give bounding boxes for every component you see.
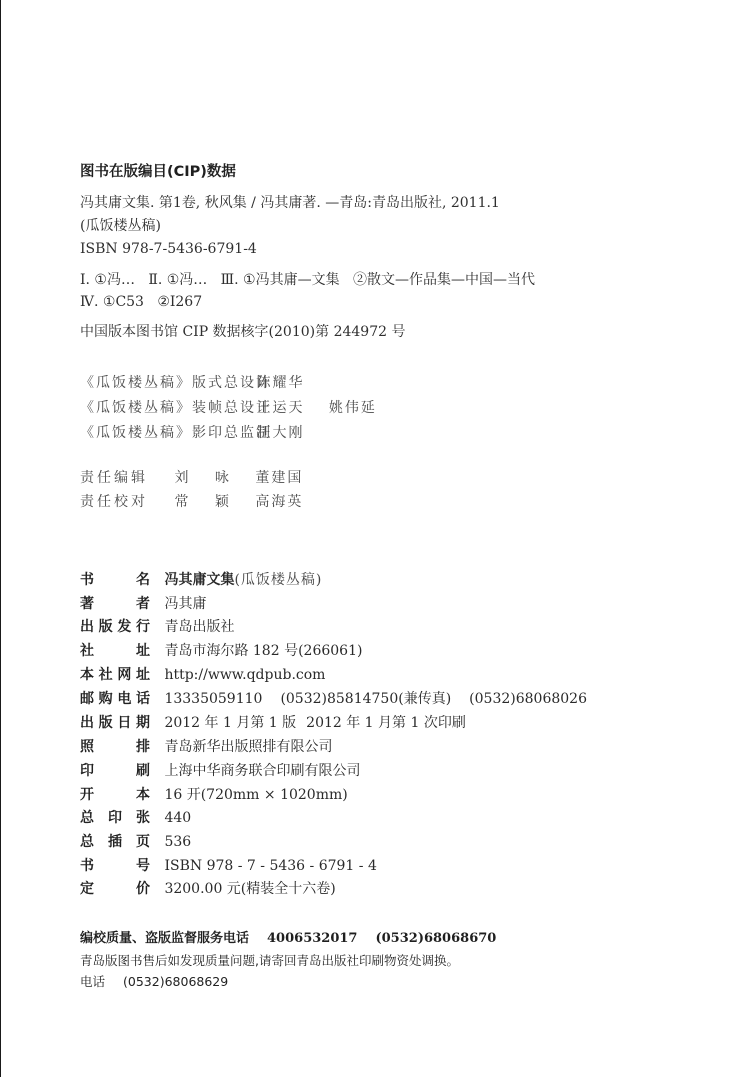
cip-line-record-number: 中国版本图书馆 CIP 数据核字(2010)第 244972 号 [80,323,405,341]
info-row-typesetting: 照排 青岛新华出版照排有限公司 [80,738,332,756]
info-label: 总印张 [80,809,150,827]
info-label: 书名 [80,571,150,589]
info-label: 定价 [80,880,150,898]
staff-name: 高海英 [255,493,303,511]
info-row-plates: 总插页 536 [80,833,191,851]
phone-number: (0532)68068026 [469,691,587,707]
info-label: 邮购电话 [80,690,150,708]
credit-row-layout-design: 《瓜饭楼丛稿》版式总设计 陈耀华 [80,374,322,392]
info-value: 440 [164,809,191,827]
credit-row-binding-design: 《瓜饭楼丛稿》装帧总设计 王运天 姚伟延 [80,399,395,417]
info-row-format: 开本 16 开(720mm × 1020mm) [80,786,348,804]
info-value: 16 开(720mm × 1020mm) [164,786,347,804]
hotline-phone: 4006532017 [267,931,357,946]
after-sales-phone: 电话(0532)68068629 [80,973,228,991]
hotline-phone: (0532)68068670 [375,931,496,946]
hotline-label: 编校质量、盗版监督服务电话 [80,931,249,946]
staff-row-proofreaders: 责任校对 常 颖 高海英 [80,493,321,511]
credit-name: 姚伟延 [329,399,377,417]
info-label: 出版日期 [80,714,150,732]
info-row-mail-order: 邮购电话 13335059110(0532)85814750(兼传真)(0532… [80,690,587,708]
info-row-isbn: 书号 ISBN 978 - 7 - 5436 - 6791 - 4 [80,857,377,875]
printing-run: 2012 年 1 月第 1 次印刷 [306,715,466,731]
staff-name: 常 [174,493,190,511]
phone-number: (0532)85814750(兼传真) [280,691,451,707]
info-label: 本社网址 [80,666,150,684]
info-value: 上海中华商务联合印刷有限公司 [164,762,360,780]
info-value: 13335059110(0532)85814750(兼传真)(0532)6806… [164,690,587,708]
info-value: 青岛市海尔路 182 号(266061) [164,642,362,660]
staff-row-editors: 责任编辑 刘 咏 董建国 [80,469,321,487]
info-row-total-sheets: 总印张 440 [80,809,191,827]
info-row-publisher: 出版发行 青岛出版社 [80,618,234,636]
info-value: 3200.00 元(精装全十六卷) [164,880,335,898]
info-label: 开本 [80,786,150,804]
info-row-printing: 印刷 上海中华商务联合印刷有限公司 [80,762,360,780]
staff-name: 咏 [215,469,231,487]
credit-name: 汪大刚 [256,424,304,442]
phone-number: (0532)68068629 [123,974,228,989]
credit-label: 《瓜饭楼丛稿》版式总设计 [80,374,250,392]
info-row-title: 书名 冯其庸文集(瓜饭楼丛稿) [80,571,322,589]
cip-heading: 图书在版编目(CIP)数据 [80,163,236,181]
cip-line-title: 冯其庸文集. 第1卷, 秋风集 / 冯其庸著. —青岛:青岛出版社, 2011.… [80,194,500,212]
info-label: 印刷 [80,762,150,780]
info-row-author: 著者 冯其庸 [80,595,206,613]
staff-label: 责任校对 [80,493,168,511]
edition: 2012 年 1 月第 1 版 [164,715,296,731]
staff-name: 颖 [215,493,231,511]
credit-name: 王运天 [256,399,304,417]
book-title: 冯其庸文集 [164,572,234,588]
series-name: (瓜饭楼丛稿) [234,572,322,588]
staff-label: 责任编辑 [80,469,168,487]
info-label: 社址 [80,642,150,660]
after-sales-notice: 青岛版图书售后如发现质量问题,请寄回青岛出版社印刷物资处调换。 [80,952,459,970]
quality-hotline: 编校质量、盗版监督服务电话4006532017(0532)68068670 [80,930,496,948]
website-link[interactable]: http://www.qdpub.com [164,666,325,684]
info-label: 照排 [80,738,150,756]
cip-line-isbn: ISBN 978-7-5436-6791-4 [80,240,257,258]
cip-line-class-codes: Ⅳ. ①C53 ②I267 [80,293,202,311]
info-label: 总插页 [80,833,150,851]
info-row-price: 定价 3200.00 元(精装全十六卷) [80,880,336,898]
info-value: 冯其庸 [164,595,206,613]
info-row-pub-date: 出版日期 2012 年 1 月第 1 版2012 年 1 月第 1 次印刷 [80,714,466,732]
staff-name: 刘 [174,469,190,487]
info-value: 2012 年 1 月第 1 版2012 年 1 月第 1 次印刷 [164,714,465,732]
info-label: 书号 [80,857,150,875]
credit-row-facsimile-supervisor: 《瓜饭楼丛稿》影印总监制 汪大刚 [80,424,322,442]
info-row-website: 本社网址 http://www.qdpub.com [80,666,325,684]
info-label: 著者 [80,595,150,613]
staff-name: 董建国 [255,469,303,487]
info-label: 出版发行 [80,618,150,636]
credit-label: 《瓜饭楼丛稿》装帧总设计 [80,399,250,417]
page-left-edge [0,0,1,1077]
cip-line-classification: Ⅰ. ①冯… Ⅱ. ①冯… Ⅲ. ①冯其庸—文集 ②散文—作品集—中国—当代 [80,271,535,289]
info-value: 冯其庸文集(瓜饭楼丛稿) [164,571,322,589]
phone-label: 电话 [80,974,105,989]
cip-line-series: (瓜饭楼丛稿) [80,217,161,235]
credit-name: 陈耀华 [256,374,304,392]
info-value: 青岛出版社 [164,618,234,636]
info-value: ISBN 978 - 7 - 5436 - 6791 - 4 [164,857,376,875]
info-value: 青岛新华出版照排有限公司 [164,738,332,756]
info-row-address: 社址 青岛市海尔路 182 号(266061) [80,642,362,660]
credit-label: 《瓜饭楼丛稿》影印总监制 [80,424,250,442]
phone-number: 13335059110 [164,691,262,707]
info-value: 536 [164,833,191,851]
